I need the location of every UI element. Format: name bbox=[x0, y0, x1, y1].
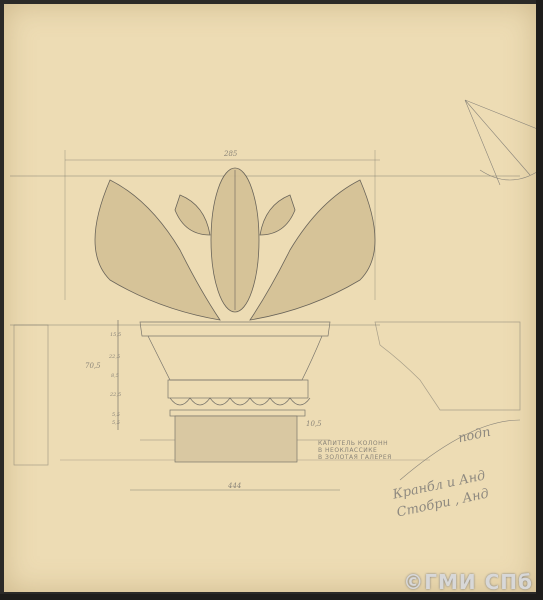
scan-border-right bbox=[536, 0, 543, 600]
tick-1: 15,5 bbox=[110, 332, 121, 338]
height-dimension: 70,5 bbox=[85, 362, 101, 370]
caption: КАПИТЕЛЬ КОЛОНН В НЕОКЛАССИКЕ В ЗОЛОТАЯ … bbox=[318, 440, 392, 461]
scan-border-bottom bbox=[0, 594, 543, 600]
caption-line-3: В ЗОЛОТАЯ ГАЛЕРЕЯ bbox=[318, 454, 392, 461]
right-tick: 10,5 bbox=[306, 420, 322, 428]
tick-5: 5,5 bbox=[112, 412, 120, 418]
tick-3: 8,5 bbox=[111, 373, 119, 379]
bottom-dimension: 444 bbox=[228, 482, 241, 490]
tick-2: 22,5 bbox=[109, 354, 120, 360]
tick-6: 5,5 bbox=[112, 420, 120, 426]
top-dimension: 285 bbox=[224, 150, 237, 158]
museum-watermark: ©ГМИ СПб bbox=[403, 570, 533, 594]
caption-line-1: КАПИТЕЛЬ КОЛОНН bbox=[318, 440, 392, 447]
caption-line-2: В НЕОКЛАССИКЕ bbox=[318, 447, 392, 454]
capital-drawing bbox=[0, 0, 543, 600]
tick-4: 22,5 bbox=[110, 392, 121, 398]
